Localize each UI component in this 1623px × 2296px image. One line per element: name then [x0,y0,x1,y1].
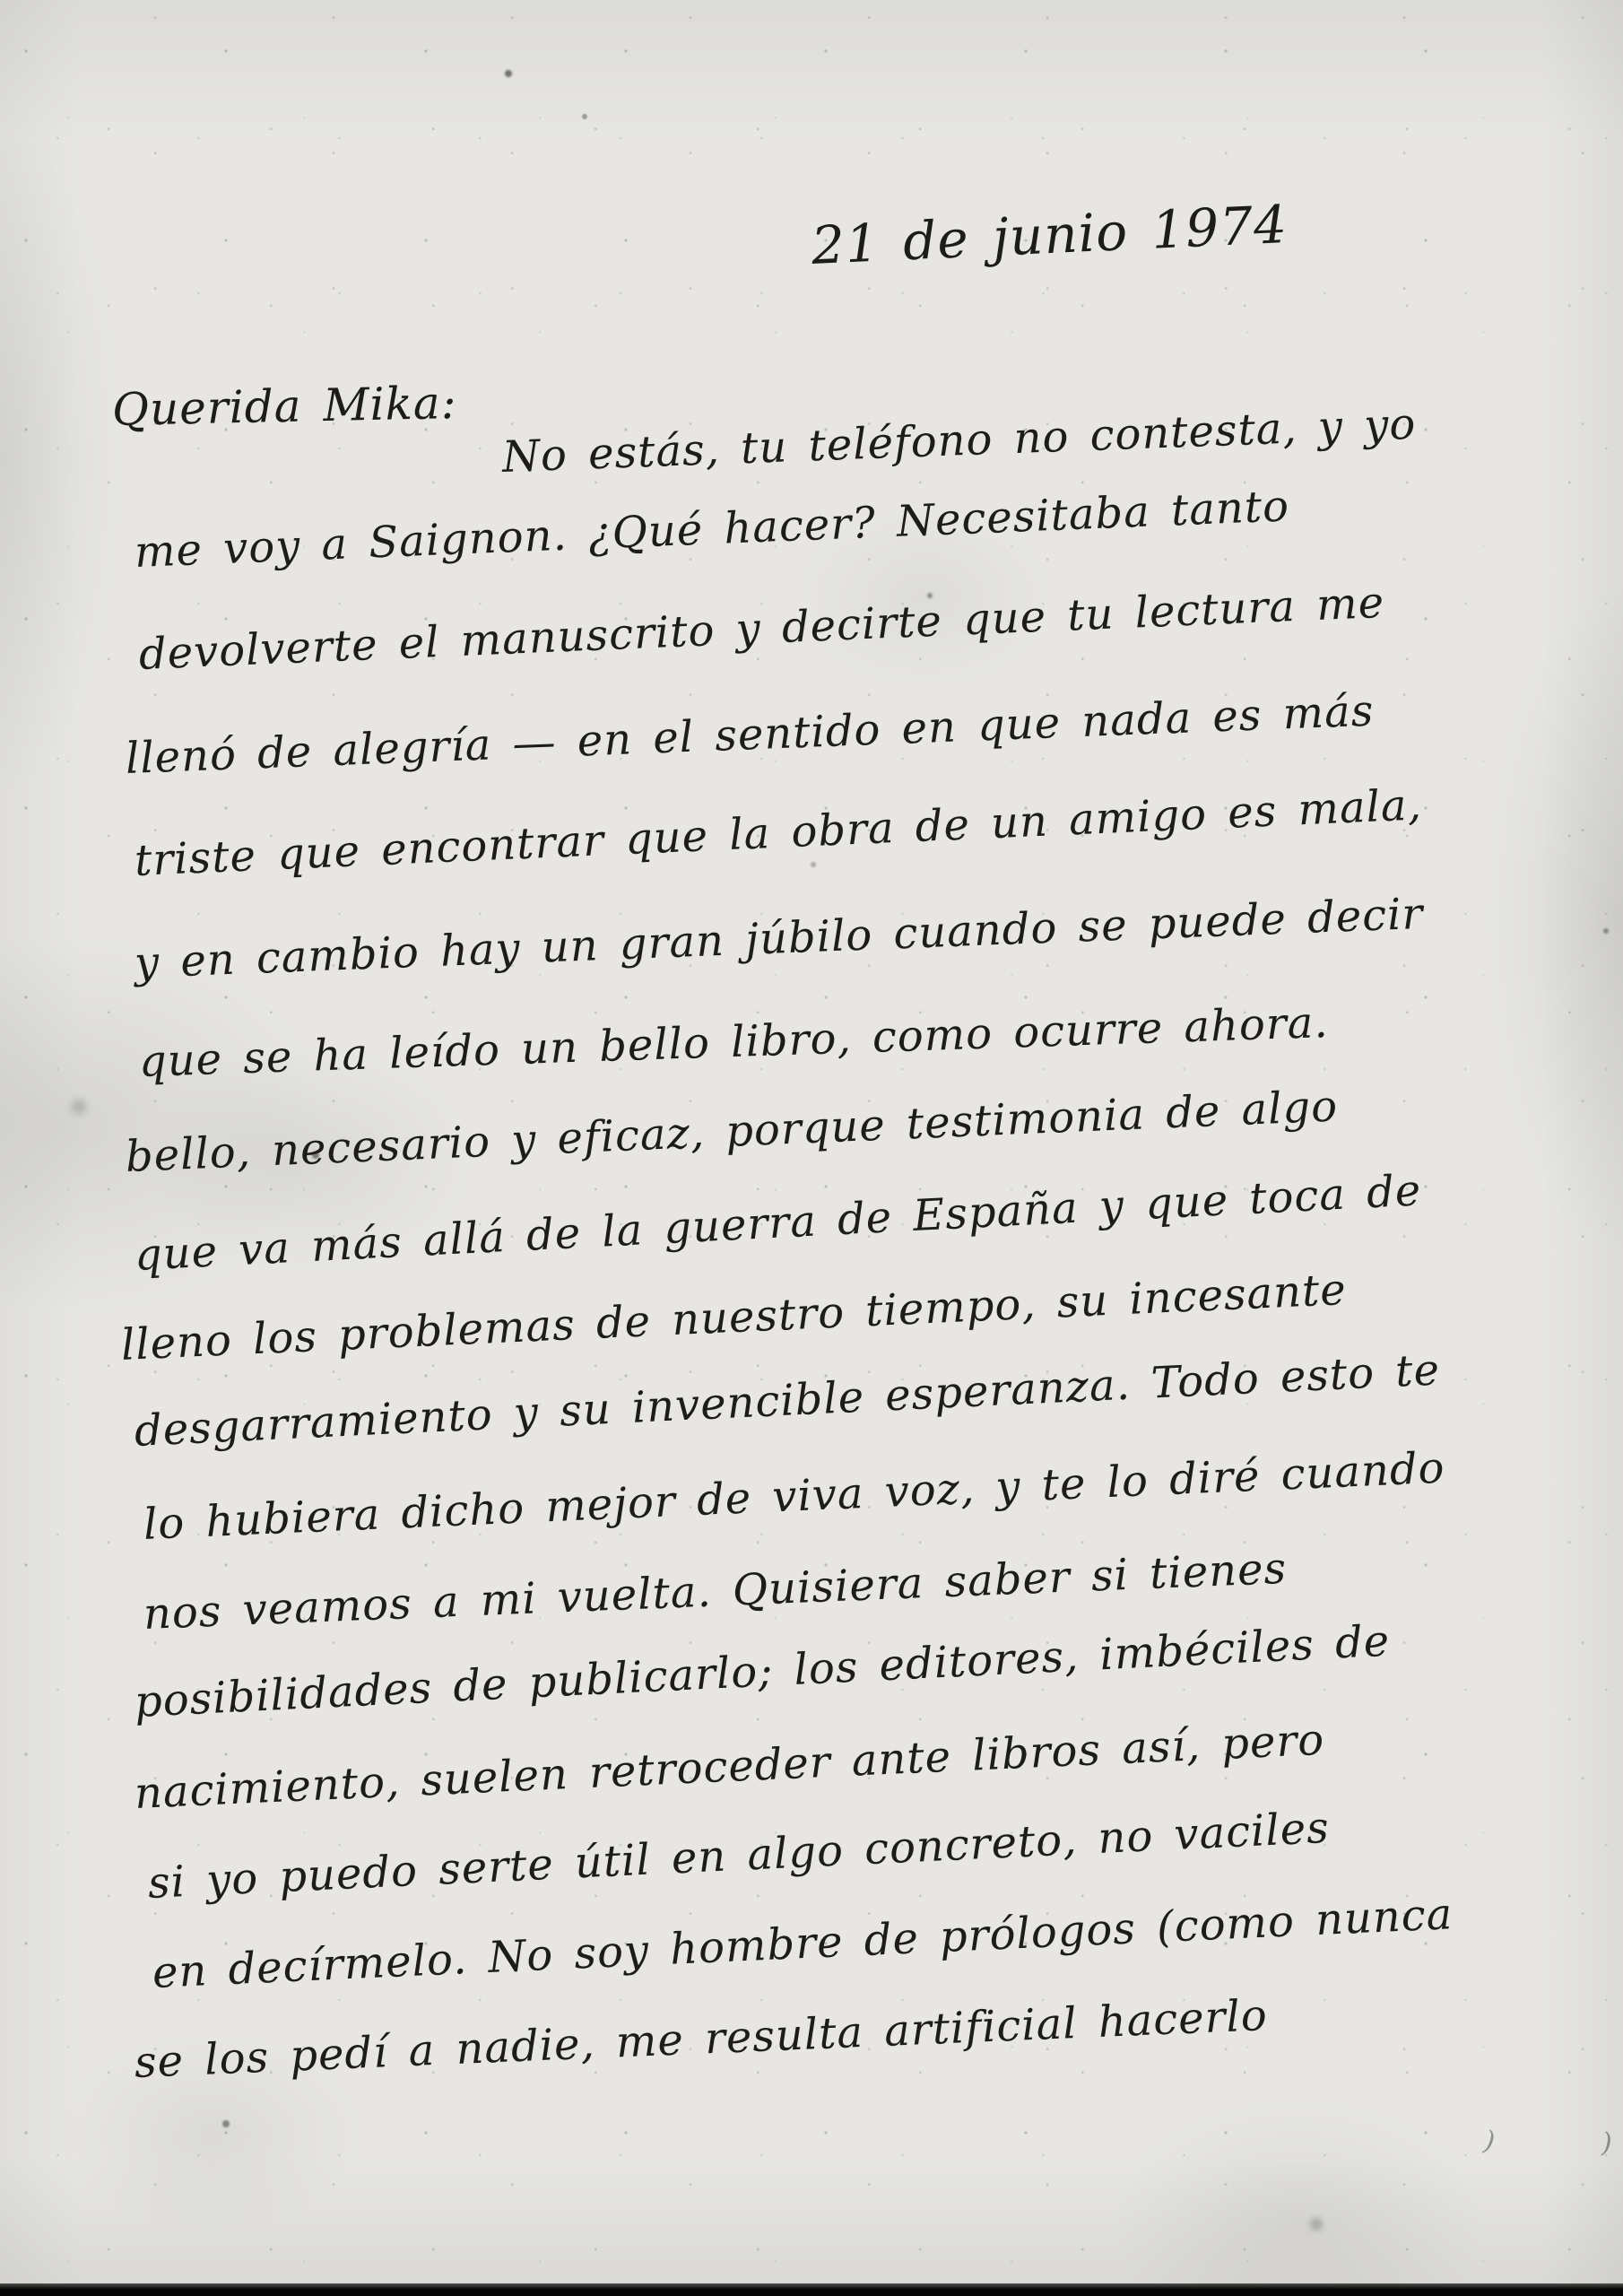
letter-line: nos veamos a mi vuelta. Quisiera saber s… [143,1544,1288,1639]
scan-artifact-mark: ) [1601,2127,1612,2159]
letter-line: lleno los problemas de nuestro tiempo, s… [120,1265,1348,1370]
letter-line: No estás, tu teléfono no contesta, y yo [501,399,1417,483]
handwritten-letter-page: 21 de junio 1974 Querida Mika: No estás,… [0,0,1623,2296]
letter-line: se los pedí a nadie, me resulta artifici… [134,1990,1269,2088]
letter-salutation: Querida Mika: [111,377,457,436]
letter-line: nacimiento, suelen retroceder ante libro… [134,1715,1326,1819]
letter-line: en decírmelo. No soy hombre de prólogos … [152,1889,1454,1998]
scan-ink-specks [0,0,4,4]
letter-line: que va más allá de la guerra de España y… [134,1165,1423,1281]
letter-line: posibilidades de publicarlo; los editore… [134,1616,1392,1727]
scan-edge-bar [0,2283,1623,2296]
scan-artifact-mark: ) [1482,2125,1497,2157]
letter-line: llenó de alegría — en el sentido en que … [125,686,1375,784]
letter-line: desgarramiento y su invencible esperanza… [134,1344,1441,1457]
letter-line: devolverte el manuscrito y decirte que t… [138,578,1385,680]
letter-line: lo hubiera dicho mejor de viva voz, y te… [143,1443,1446,1550]
letter-line: y en cambio hay un gran júbilo cuando se… [134,889,1424,988]
letter-line: me voy a Saignon. ¿Qué hacer? Necesitaba… [134,481,1290,578]
letter-line: que se ha leído un bello libro, como ocu… [138,997,1329,1087]
letter-line: triste que encontrar que la obra de un a… [134,779,1423,886]
letter-date: 21 de junio 1974 [810,194,1289,276]
letter-line: bello, necesario y eficaz, porque testim… [125,1081,1339,1182]
letter-line: si yo puedo serte útil en algo concreto,… [147,1803,1331,1909]
